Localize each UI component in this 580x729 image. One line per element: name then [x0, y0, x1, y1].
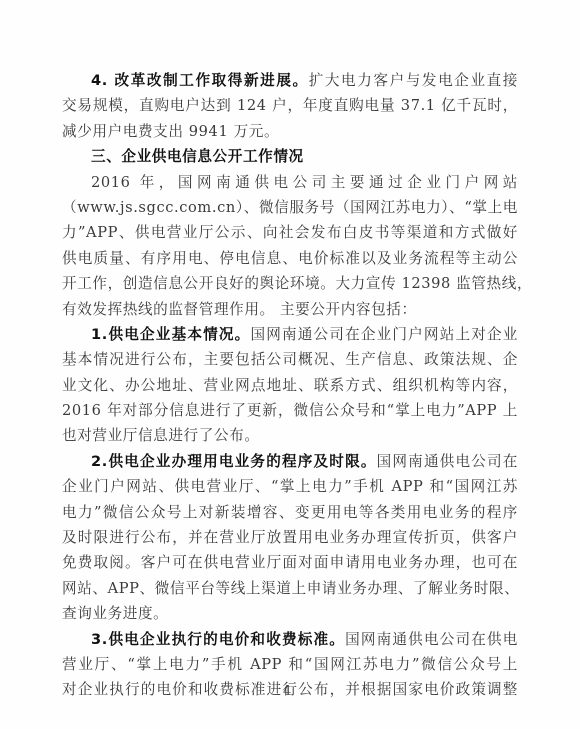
item-2-line-2: 企业门户网站、供电营业厅、“掌上电力”手机 APP 和“国网江苏 — [62, 474, 518, 499]
item-3-bold-lead: 3.供电企业执行的电价和收费标准。 — [91, 631, 345, 648]
intro-line-5: 开工作，创造信息公开良好的舆论环境。大力宣传 12398 监管热线， — [62, 271, 518, 296]
intro-line-6: 有效发挥热线的监督管理作用。 主要公开内容包括： — [62, 297, 518, 322]
page-number: 4 — [283, 684, 291, 699]
intro-line-1: 2016 年，国网南通供电公司主要通过企业门户网站 — [62, 170, 518, 195]
item-1-line-1: 1.供电企业基本情况。国网南通公司在企业门户网站上对企业 — [62, 322, 518, 347]
item-2-bold-lead: 2.供电企业办理用电业务的程序及时限。 — [91, 453, 377, 470]
document-body: 4. 改革改制工作取得新进展。扩大电力客户与发电企业直接 交易规模，直购电户达到… — [62, 68, 518, 703]
item-2-line-3: 电力”微信公众号上对新装增容、变更用电等各类用电业务的程序 — [62, 500, 518, 525]
document-page: 4. 改革改制工作取得新进展。扩大电力客户与发电企业直接 交易规模，直购电户达到… — [0, 0, 580, 729]
item-2-line-7: 查询业务进度。 — [62, 601, 518, 626]
item-1-line-3: 业文化、办公地址、营业网点地址、联系方式、组织机构等内容， — [62, 373, 518, 398]
paragraph-4-line-3: 减少用户电费支出 9941 万元。 — [62, 119, 518, 144]
intro-line-3: 力”APP、供电营业厅公示、向社会发布白皮书等渠道和方式做好 — [62, 220, 518, 245]
section-heading: 三、企业供电信息公开工作情况 — [62, 144, 518, 169]
item-2-line-6: 网站、APP、微信平台等线上渠道上申请业务办理、了解业务时限、 — [62, 576, 518, 601]
paragraph-4-line-2: 交易规模，直购电户达到 124 户，年度直购电量 37.1 亿千瓦时， — [62, 93, 518, 118]
item-2-line-1: 2.供电企业办理用电业务的程序及时限。国网南通供电公司在 — [62, 449, 518, 474]
item-1-line-2: 基本情况进行公布，主要包括公司概况、生产信息、政策法规、企 — [62, 347, 518, 372]
item-2-line-4: 及时限进行公布，并在营业厅放置用电业务办理宣传折页，供客户 — [62, 525, 518, 550]
paragraph-4-line-1: 4. 改革改制工作取得新进展。扩大电力客户与发电企业直接 — [62, 68, 518, 93]
item-3-line-2: 营业厅、“掌上电力”手机 APP 和“国网江苏电力”微信公众号上 — [62, 652, 518, 677]
item-1-bold-lead: 1.供电企业基本情况。 — [91, 326, 250, 343]
paragraph-4-bold-lead: 4. 改革改制工作取得新进展。 — [91, 72, 309, 89]
intro-line-4: 供电质量、有序用电、停电信息、电价标准以及业务流程等主动公 — [62, 246, 518, 271]
item-3-line-1: 3.供电企业执行的电价和收费标准。国网南通供电公司在供电 — [62, 627, 518, 652]
intro-line-2: （www.js.sgcc.com.cn）、微信服务号（国网江苏电力）、“掌上电 — [62, 195, 518, 220]
item-1-line-4: 2016 年对部分信息进行了更新，微信公众号和“掌上电力”APP 上 — [62, 398, 518, 423]
item-2-line-5: 免费取阅。客户可在供电营业厅面对面申请用电业务办理，也可在 — [62, 550, 518, 575]
item-1-line-5: 也对营业厅信息进行了公布。 — [62, 423, 518, 448]
